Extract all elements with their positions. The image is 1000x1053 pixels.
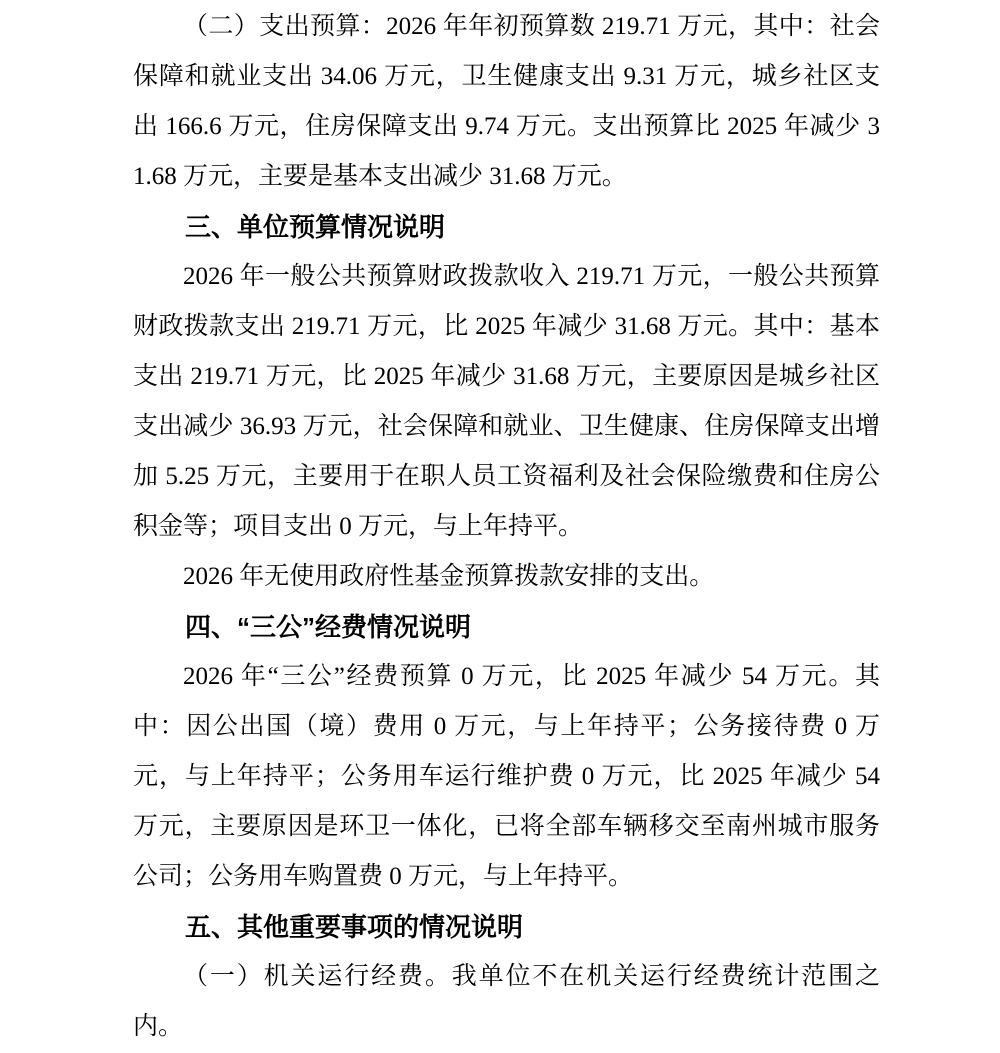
- paragraph-unit-budget-explanation: 2026 年一般公共预算财政拨款收入 219.71 万元，一般公共预算财政拨款支…: [133, 252, 880, 552]
- heading-section-3-unit-budget: 三、单位预算情况说明: [133, 202, 880, 252]
- paragraph-three-public-funds-explanation: 2026 年“三公”经费预算 0 万元，比 2025 年减少 54 万元。其中：…: [133, 652, 880, 902]
- document-body: （二）支出预算：2026 年年初预算数 219.71 万元，其中：社会保障和就业…: [133, 2, 880, 1052]
- heading-section-4-three-public-funds: 四、“三公”经费情况说明: [133, 602, 880, 652]
- paragraph-government-fund-note: 2026 年无使用政府性基金预算拨款安排的支出。: [133, 552, 880, 602]
- paragraph-agency-operating-expenses: （一）机关运行经费。我单位不在机关运行经费统计范围之内。: [133, 952, 880, 1052]
- document-page: （二）支出预算：2026 年年初预算数 219.71 万元，其中：社会保障和就业…: [0, 0, 1000, 1053]
- heading-section-5-other-important-matters: 五、其他重要事项的情况说明: [133, 902, 880, 952]
- paragraph-expenditure-budget: （二）支出预算：2026 年年初预算数 219.71 万元，其中：社会保障和就业…: [133, 2, 880, 202]
